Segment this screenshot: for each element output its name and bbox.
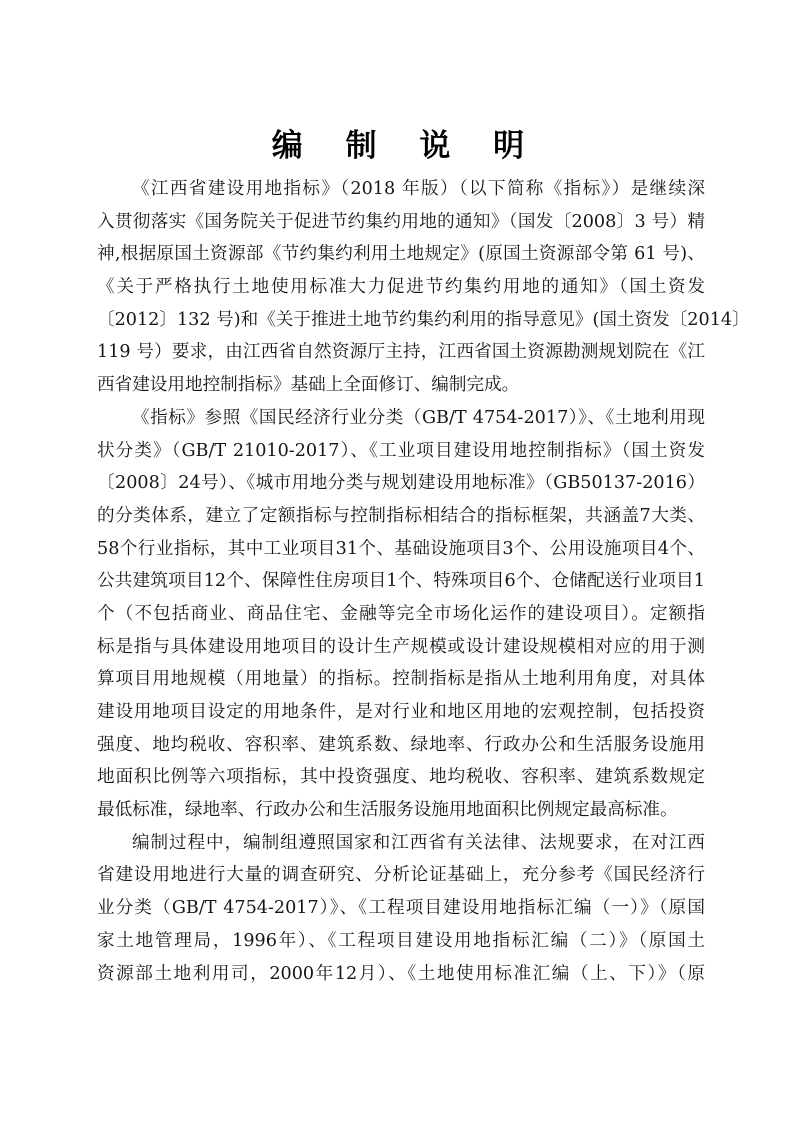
text-line: 公共建筑项目12个、保障性住房项目1个、特殊项目6个、仓储配送行业项目1	[97, 565, 705, 598]
text-line: 省建设用地进行大量的调查研究、分析论证基础上，充分参考《国民经济行	[97, 859, 705, 892]
text-line: 的分类体系，建立了定额指标与控制指标相结合的指标框架，共涵盖7大类、	[97, 500, 705, 533]
text-line: 强度、地均税收、容积率、建筑系数、绿地率、行政办公和生活服务设施用	[97, 729, 705, 762]
text-line: 资源部土地利用司，2000年12月）、《土地使用标准汇编（上、下）》（原	[97, 958, 705, 991]
page-title: 编 制 说 明	[0, 122, 800, 170]
text-line: 《指标》参照《国民经济行业分类（GB/T 4754-2017）》、《土地利用现	[97, 402, 705, 435]
paragraph-3: 编制过程中，编制组遵照国家和江西省有关法律、法规要求，在对江西 省建设用地进行大…	[97, 827, 705, 990]
text-line: 最低标准，绿地率、行政办公和生活服务设施用地面积比例规定最高标准。	[97, 794, 705, 827]
text-line: 建设用地项目设定的用地条件，是对行业和地区用地的宏观控制，包括投资	[97, 696, 705, 729]
text-line: 状分类》（GB/T 21010-2017）、《工业项目建设用地控制指标》（国土资…	[97, 435, 705, 468]
text-line: 〔2012〕132 号)和《关于推进土地节约集约利用的指导意见》(国土资发〔20…	[97, 304, 705, 337]
text-line: 西省建设用地控制指标》基础上全面修订、编制完成。	[97, 369, 705, 402]
document-body: 《江西省建设用地指标》（2018 年版）（以下简称《指标》）是继续深 入贯彻落实…	[97, 173, 705, 990]
text-line: 119 号）要求，由江西省自然资源厅主持，江西省国土资源勘测规划院在《江	[97, 336, 705, 369]
text-line: 58个行业指标，其中工业项目31个、基础设施项目3个、公用设施项目4个、	[97, 533, 705, 566]
paragraph-1: 《江西省建设用地指标》（2018 年版）（以下简称《指标》）是继续深 入贯彻落实…	[97, 173, 705, 402]
text-line: 〔2008〕24号）、《城市用地分类与规划建设用地标准》（GB50137-201…	[97, 467, 705, 500]
text-line: 《江西省建设用地指标》（2018 年版）（以下简称《指标》）是继续深	[97, 173, 705, 206]
text-line: 家土地管理局，1996年）、《工程项目建设用地指标汇编（二）》（原国土	[97, 925, 705, 958]
text-line: 神,根据原国土资源部《节约集约利用土地规定》(原国土资源部令第 61 号)、	[97, 238, 705, 271]
text-line: 编制过程中，编制组遵照国家和江西省有关法律、法规要求，在对江西	[97, 827, 705, 860]
text-line: 标是指与具体建设用地项目的设计生产规模或设计建设规模相对应的用于测	[97, 631, 705, 664]
text-line: 入贯彻落实《国务院关于促进节约集约用地的通知》（国发〔2008〕3 号）精	[97, 206, 705, 239]
text-line: 业分类（GB/T 4754-2017）》、《工程项目建设用地指标汇编（一）》（原…	[97, 892, 705, 925]
text-line: 《关于严格执行土地使用标准大力促进节约集约用地的通知》（国土资发	[97, 271, 705, 304]
text-line: 个（不包括商业、商品住宅、金融等完全市场化运作的建设项目）。定额指	[97, 598, 705, 631]
text-line: 地面积比例等六项指标，其中投资强度、地均税收、容积率、建筑系数规定	[97, 761, 705, 794]
text-line: 算项目用地规模（用地量）的指标。控制指标是指从土地利用角度，对具体	[97, 663, 705, 696]
document-page: 编 制 说 明 《江西省建设用地指标》（2018 年版）（以下简称《指标》）是继…	[0, 0, 800, 1132]
paragraph-2: 《指标》参照《国民经济行业分类（GB/T 4754-2017）》、《土地利用现 …	[97, 402, 705, 827]
